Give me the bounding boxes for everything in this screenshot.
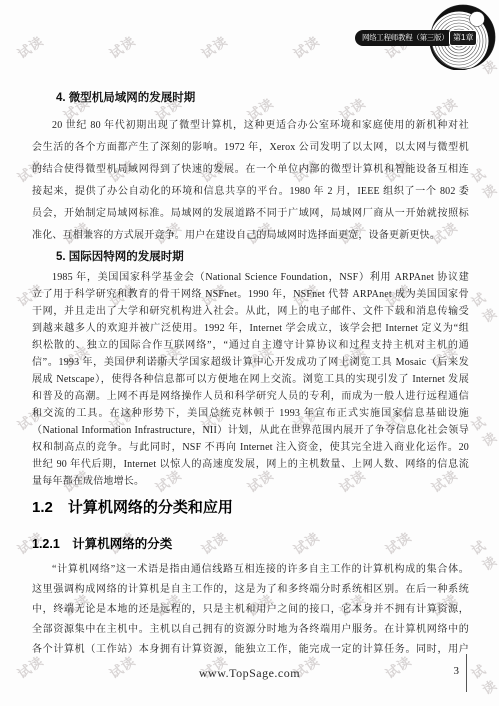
text-line: 1985 年，美国国家科学基金会（National Science Founda… (32, 269, 469, 286)
heading-section-4: 4. 微型机局域网的发展时期 (56, 90, 469, 106)
text-line: 权和制高点的竞争。与此同时，NSF 不再向 Internet 注入资金，使其完全… (32, 439, 469, 456)
heading-1-2-1: 1.2.1 计算机网络的分类 (32, 536, 469, 553)
text-line: 立了用于科学研究和教育的骨干网络 NSFnet。1990 年，NSFnet 代替… (32, 286, 469, 303)
text-line: 各个计算机（工作站）本身拥有计算资源，能独立工作，能完成一定的计算任务。同时，用… (32, 640, 469, 660)
heading-section-5: 5. 国际因特网的发展时期 (56, 249, 469, 265)
text-line: 展成 Netscape），使得各种信息都可以方便地在网上交流。浏览工具的实现引发… (32, 371, 469, 388)
text-line: 这里强调构成网络的计算机是自主工作的，这是为了和多终端分时系统相区别。在后一种系… (32, 580, 469, 600)
footer-site-url: www.TopSage.com (0, 666, 499, 681)
text-line: 干网，并且走出了大学和研究机构进入社会。从此，网上的电子邮件、文件下载和消息传输… (32, 303, 469, 320)
text-line: 员会，开始制定局域网标准。局域网的发展道路不同于广域网，局域网厂商从一开始就按照… (32, 203, 469, 225)
text-line: （National Information Infrastructure，NII… (32, 422, 469, 439)
text-line: 织松散的、独立的国际合作互联网络”，“通过自主遵守计算协议和过程支持主机对主机的… (32, 337, 469, 354)
text-line: 量每年都在成倍地增长。 (32, 473, 469, 490)
page-edge-mark (466, 654, 467, 692)
text-line: 准化、互相兼容的方式展开竞争。用户在建设自己的局域网时选择面更宽，设备更新更快。 (32, 225, 469, 247)
text-line: 到越来越多人的欢迎并被广泛使用。1992 年，Internet 学会成立，该学会… (32, 320, 469, 337)
heading-1-2: 1.2 计算机网络的分类和应用 (32, 498, 469, 518)
globe-highlight-circle (470, 12, 485, 27)
header-banner: 网络工程师教程（第三版） (355, 30, 455, 46)
page-body: 4. 微型机局域网的发展时期 20 世纪 80 年代初期出现了微型计算机，这种更… (0, 0, 499, 660)
text-line: 中，终端无论是本地的还是远程的，只是主机和用户之间的接口，它本身并不拥有计算资源… (32, 600, 469, 620)
scanned-book-page: 试读试读试读试读试读试读试读试读试读试读试读试读试读试读试读试读试读试读试读试读… (0, 0, 499, 706)
header-banner-chapter-tag: 第1章 (450, 31, 476, 45)
text-line: 信”。1993 年，美国伊利诺斯大学国家超级计算中心开发成功了网上浏览工具 Mo… (32, 354, 469, 371)
page-header: 网络工程师教程（第三版） 第1章 (0, 0, 499, 80)
text-line: 的结合使得微型机局域网得到了快速的发展。在一个单位内部的微型计算机和智能设备互相… (32, 159, 469, 181)
text-line: 20 世纪 80 年代初期出现了微型计算机，这种更适合办公室环境和家庭使用的新机… (32, 115, 469, 137)
text-line: “计算机网络”这一术语是指由通信线路互相连接的许多自主工作的计算机构成的集合体。 (32, 560, 469, 580)
text-line: 接起来，提供了办公自动化的环境和信息共享的平台。1980 年 2 月，IEEE … (32, 181, 469, 203)
paragraph-internet-development: 1985 年，美国国家科学基金会（National Science Founda… (32, 269, 469, 490)
page-number: 3 (454, 665, 460, 677)
paragraph-lan-development: 20 世纪 80 年代初期出现了微型计算机，这种更适合办公室环境和家庭使用的新机… (32, 115, 469, 247)
text-line: 全部资源集中在主机中。主机以自己拥有的资源分时地为各终端用户服务。在计算机网络中… (32, 620, 469, 640)
text-line: 和交流的工具。在这种形势下，美国总统克林顿于 1993 年宣布正式实施国家信息基… (32, 405, 469, 422)
text-line: 会生活的各个方面都产生了深刻的影响。1972 年，Xerox 公司发明了以太网，… (32, 137, 469, 159)
text-line: 和普及的高潮。上网不再是网络操作人员和科学研究人员的专利，而成为一般人进行远程通… (32, 388, 469, 405)
paragraph-network-definition: “计算机网络”这一术语是指由通信线路互相连接的许多自主工作的计算机构成的集合体。… (32, 560, 469, 660)
text-line: 世纪 90 年代后期，Internet 以惊人的高速度发展，网上的主机数量、上网… (32, 456, 469, 473)
